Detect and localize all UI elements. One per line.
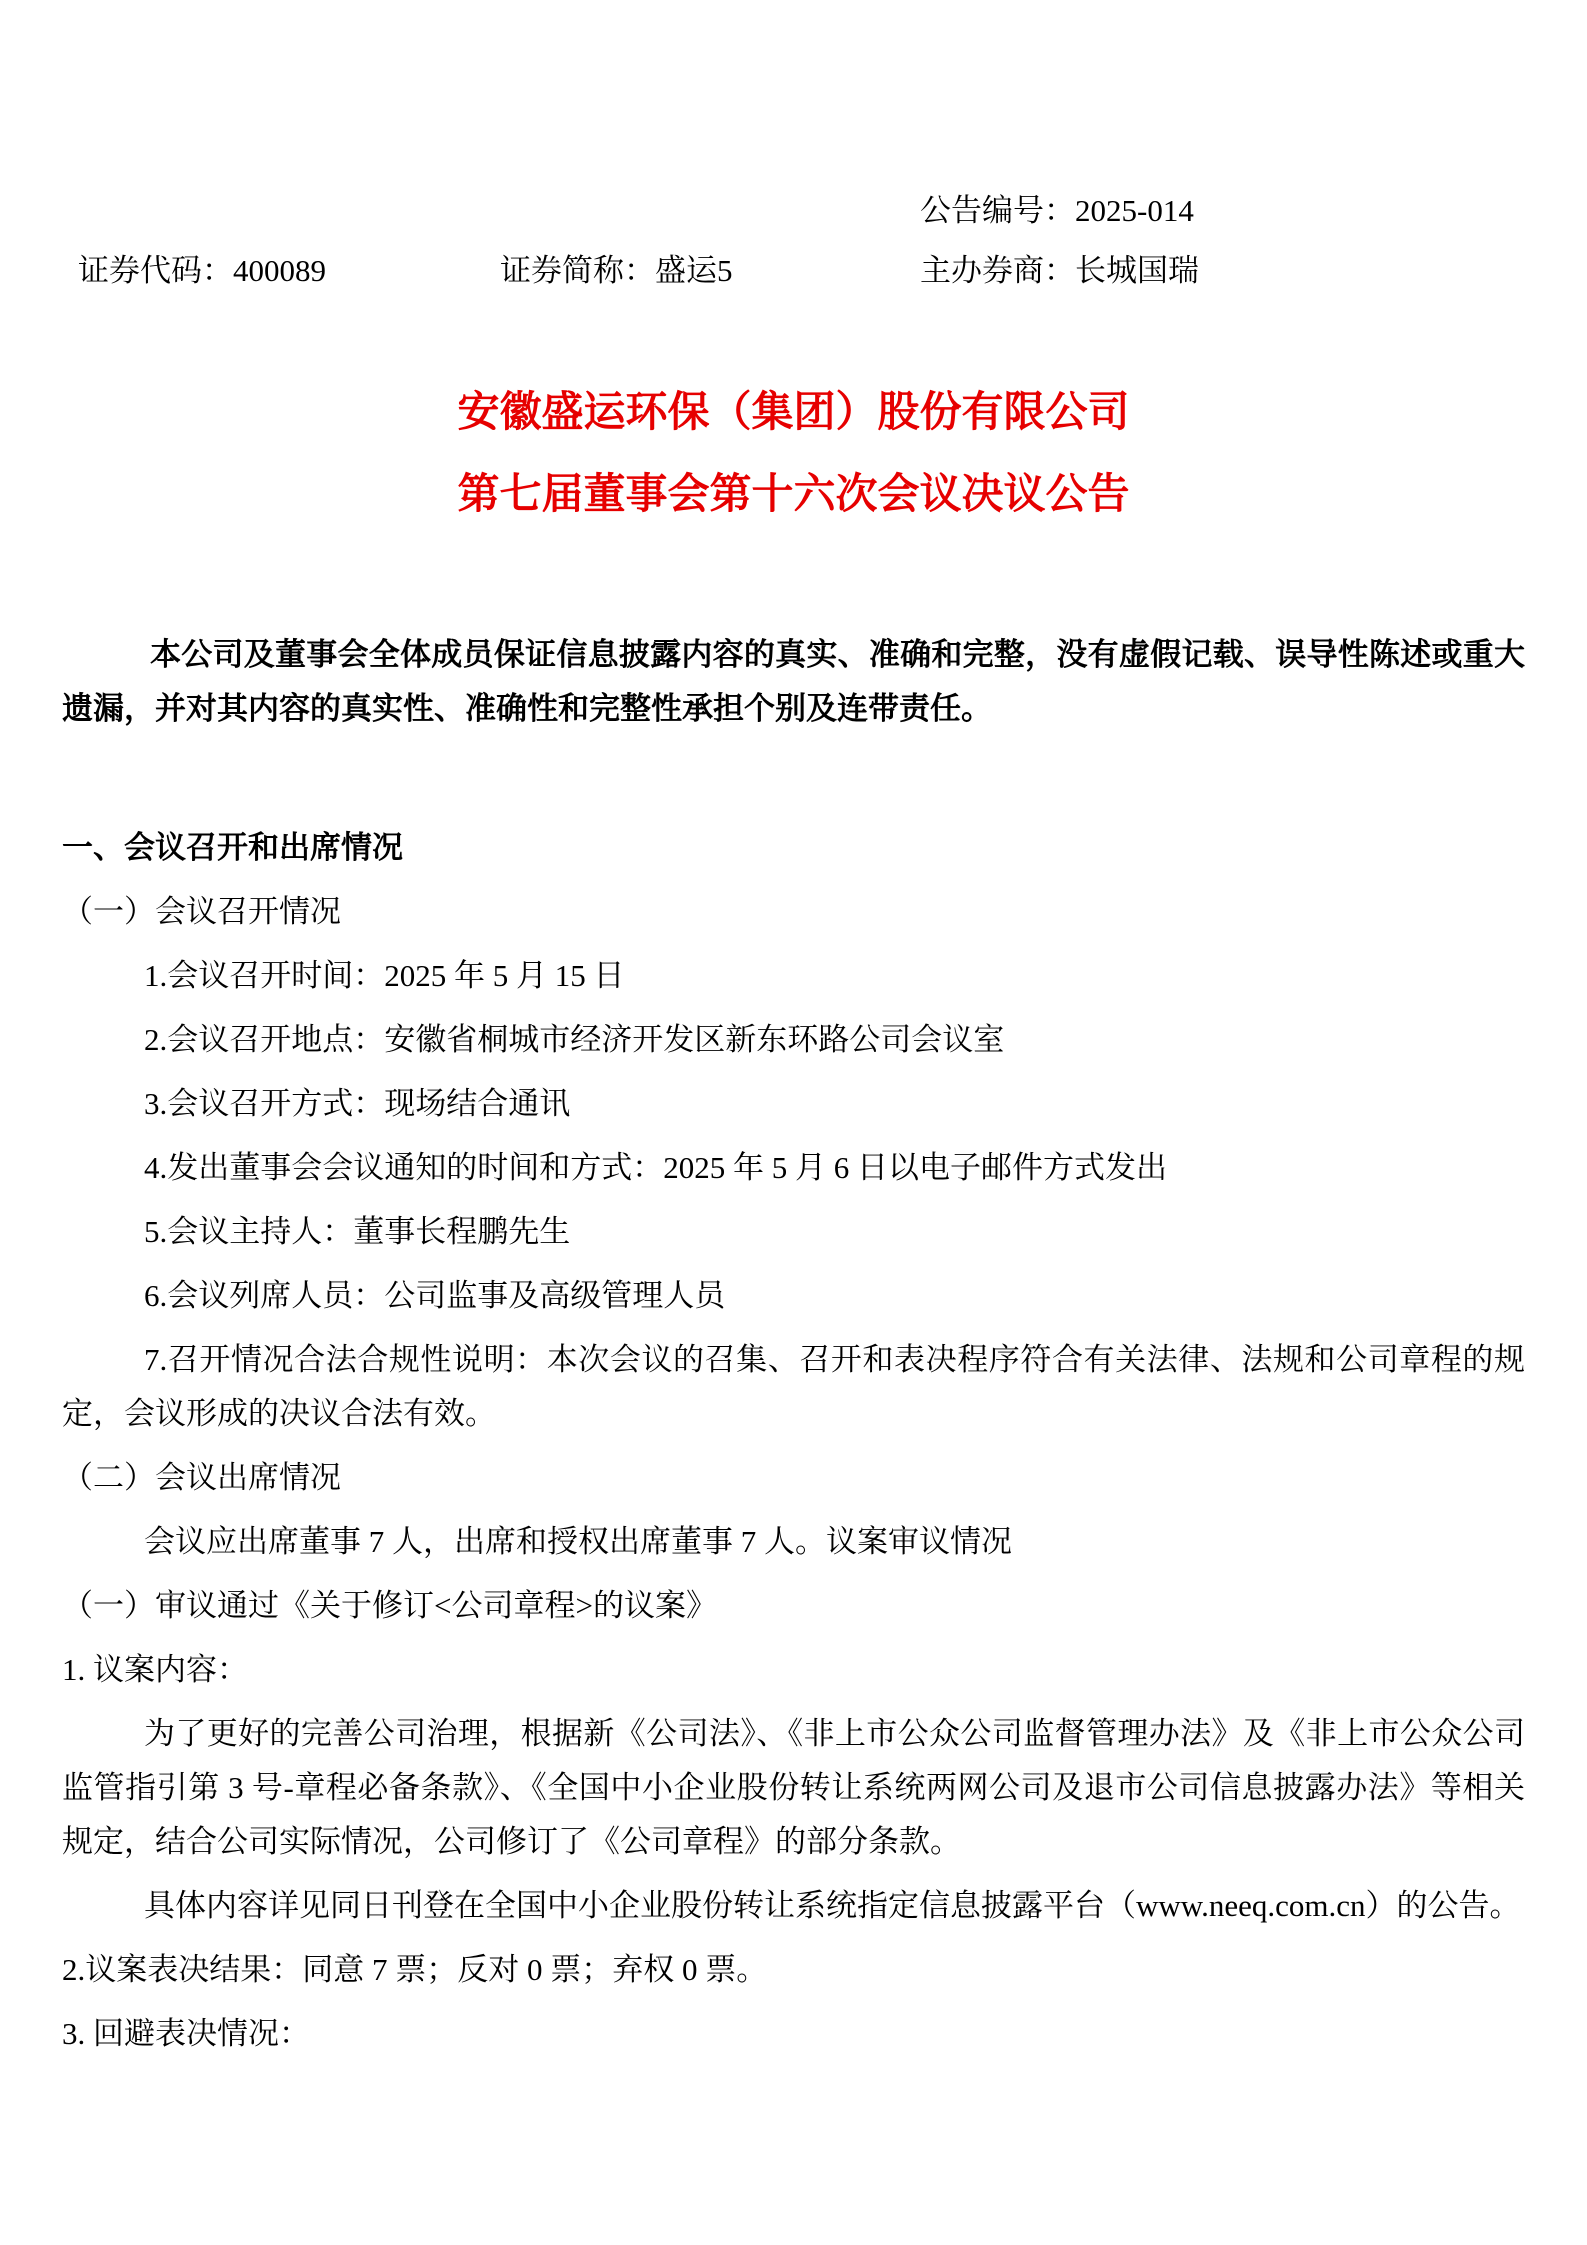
item-abstention-label: 3. 回避表决情况： (62, 2007, 1525, 2061)
para-attendance: 会议应出席董事 7 人，出席和授权出席董事 7 人。议案审议情况 (62, 1515, 1525, 1569)
securities-info-row: 证券代码：400089 证券简称：盛运5 主办券商：长城国瑞 (62, 254, 1525, 288)
item-meeting-place: 2.会议召开地点：安徽省桐城市经济开发区新东环路公司会议室 (62, 1013, 1525, 1067)
document-body: 一、会议召开和出席情况 （一）会议召开情况 1.会议召开时间：2025 年 5 … (62, 821, 1525, 2061)
para-proposal-content: 为了更好的完善公司治理，根据新《公司法》、《非上市公众公司监督管理办法》及《非上… (62, 1707, 1525, 1869)
item-meeting-time: 1.会议召开时间：2025 年 5 月 15 日 (62, 949, 1525, 1003)
item-meeting-method: 3.会议召开方式：现场结合通讯 (62, 1077, 1525, 1131)
heading-meeting-convening: 一、会议召开和出席情况 (62, 821, 1525, 875)
document-title: 安徽盛运环保（集团）股份有限公司 第七届董事会第十六次会议决议公告 (62, 372, 1525, 536)
subheading-attendance: （二）会议出席情况 (62, 1451, 1525, 1505)
announcement-number: 公告编号：2025-014 (920, 196, 1525, 226)
disclaimer-paragraph: 本公司及董事会全体成员保证信息披露内容的真实、准确和完整，没有虚假记载、误导性陈… (62, 628, 1525, 736)
stock-code: 证券代码：400089 (78, 254, 326, 288)
company-title: 安徽盛运环保（集团）股份有限公司 (62, 372, 1525, 454)
subheading-convening: （一）会议召开情况 (62, 885, 1525, 939)
sponsor-broker: 主办券商：长城国瑞 (920, 254, 1199, 288)
item-proposal-content-label: 1. 议案内容： (62, 1643, 1525, 1697)
item-attendees: 6.会议列席人员：公司监事及高级管理人员 (62, 1269, 1525, 1323)
para-vote-result: 2.议案表决结果：同意 7 票；反对 0 票；弃权 0 票。 (62, 1943, 1525, 1997)
item-notice-method: 4.发出董事会会议通知的时间和方式：2025 年 5 月 6 日以电子邮件方式发… (62, 1141, 1525, 1195)
para-disclosure-platform: 具体内容详见同日刊登在全国中小企业股份转让系统指定信息披露平台（www.neeq… (62, 1879, 1525, 1933)
item-meeting-host: 5.会议主持人：董事长程鹏先生 (62, 1205, 1525, 1259)
stock-abbr: 证券简称：盛运5 (500, 254, 733, 288)
document-page: 公告编号：2025-014 证券代码：400089 证券简称：盛运5 主办券商：… (0, 0, 1587, 2245)
meeting-title: 第七届董事会第十六次会议决议公告 (62, 454, 1525, 536)
subheading-proposal-review: （一）审议通过《关于修订<公司章程>的议案》 (62, 1579, 1525, 1633)
item-legality-statement: 7.召开情况合法合规性说明：本次会议的召集、召开和表决程序符合有关法律、法规和公… (62, 1333, 1525, 1441)
